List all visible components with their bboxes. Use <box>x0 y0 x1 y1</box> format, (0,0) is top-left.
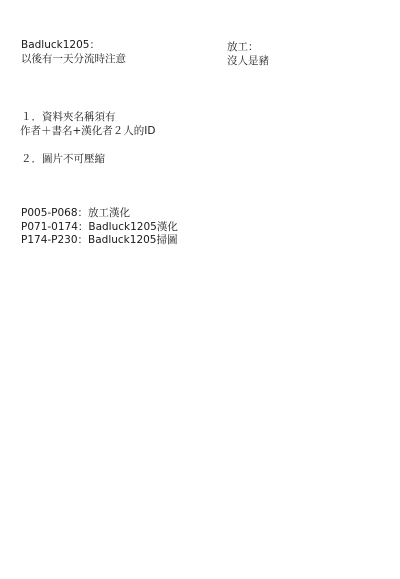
rule-1-detail: 作者＋書名+漢化者２人的ID <box>20 124 155 138</box>
credit-line: P071-0174：Badluck1205漢化 <box>21 221 178 235</box>
note-author: Badluck1205： <box>21 38 126 52</box>
rules-list: １．資料夾名稱須有 作者＋書名+漢化者２人的ID ２．圖片不可壓縮 <box>21 110 155 166</box>
note-author: 放工： <box>227 40 269 54</box>
rule-2-title: ２．圖片不可壓縮 <box>21 152 155 166</box>
credits-list: P005-P068：放工漢化 P071-0174：Badluck1205漢化 P… <box>21 207 178 248</box>
credit-line: P005-P068：放工漢化 <box>21 207 178 221</box>
rule-1-title: １．資料夾名稱須有 <box>21 110 155 124</box>
note-badluck: Badluck1205： 以後有一天分流時注意 <box>21 38 126 66</box>
note-fanggong: 放工： 沒人是豬 <box>227 40 269 68</box>
note-message: 沒人是豬 <box>227 54 269 68</box>
credit-line: P174-P230：Badluck1205掃圖 <box>21 234 178 248</box>
note-message: 以後有一天分流時注意 <box>21 52 126 66</box>
